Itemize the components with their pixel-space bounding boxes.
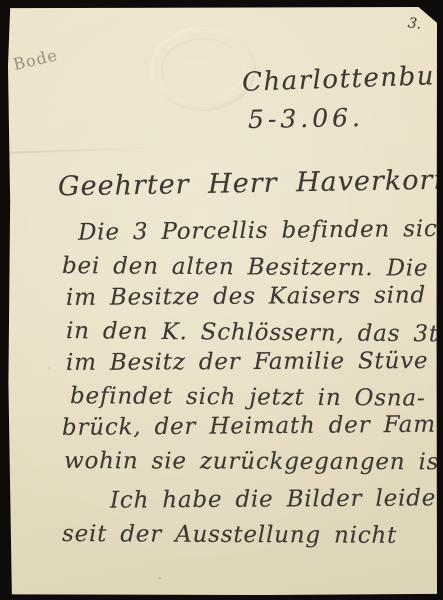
dateline-place: Charlottenburg	[242, 60, 443, 98]
letter-body: Die 3 Porcellis befinden sich noch bei d…	[54, 217, 434, 550]
paper-speck	[158, 577, 161, 579]
handwritten-line: im Besitze des Kaisers sind	[54, 279, 434, 314]
salutation: Geehrter Herr Haverkorn	[58, 165, 443, 203]
embossed-seal-icon	[150, 27, 256, 111]
dateline-date: 5-3.06.	[248, 103, 364, 134]
handwritten-line: wohin sie zurückgegangen ist.	[54, 445, 434, 479]
handwritten-line: seit der Ausstellung nicht	[54, 518, 434, 552]
handwritten-line: im Besitz der Familie Stüve	[54, 345, 434, 379]
handwritten-line: Ich habe die Bilder leider	[54, 482, 434, 517]
handwritten-line: brück, der Heimath der Familie,	[54, 409, 434, 445]
handwritten-line: Die 3 Porcellis befinden sich noch	[54, 213, 434, 249]
embossed-seal-inner-ring	[161, 38, 245, 100]
paper-crease	[8, 146, 168, 154]
page-number: 3.	[407, 15, 422, 33]
photo-background: 3. Bode Charlottenburg 5-3.06. Geehrter …	[0, 0, 443, 600]
letter-page: 3. Bode Charlottenburg 5-3.06. Geehrter …	[8, 7, 437, 595]
paper-speck	[48, 367, 50, 369]
